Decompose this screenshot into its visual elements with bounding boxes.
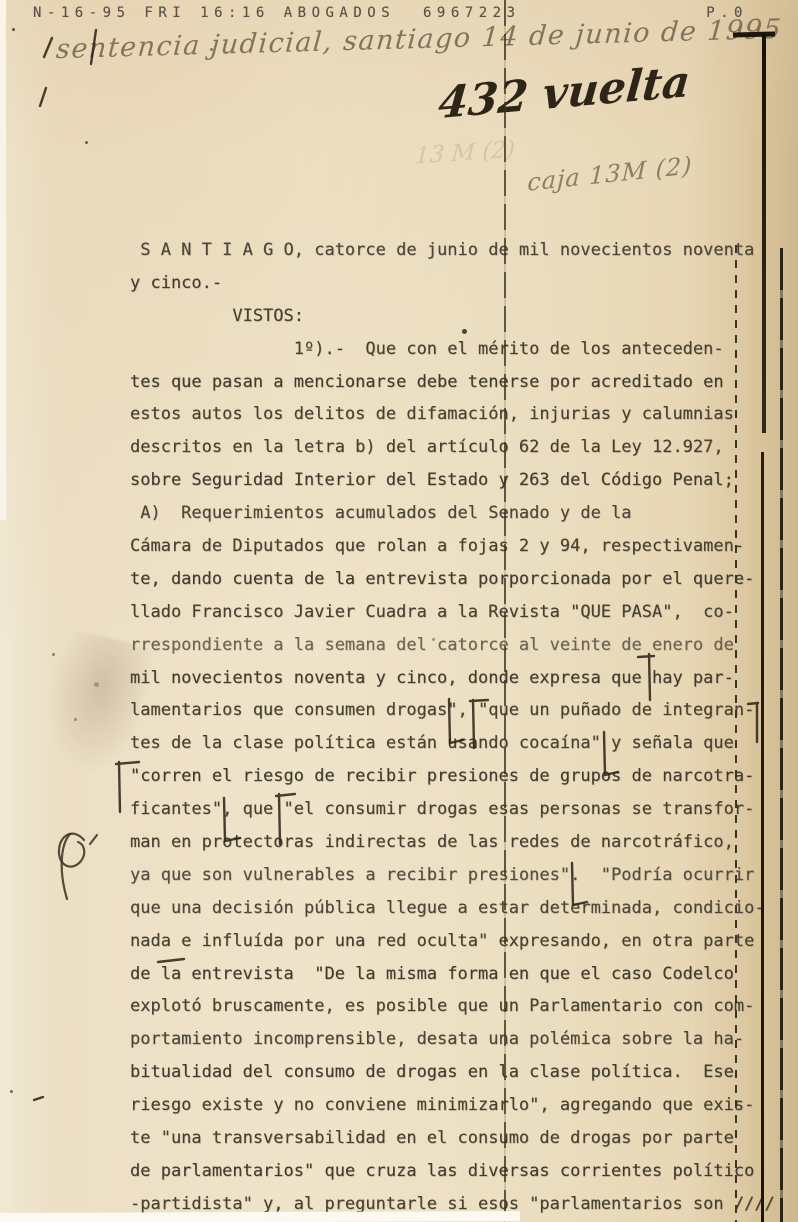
- typed-line: mil novecientos noventa y cinco, donde e…: [130, 662, 790, 695]
- rubric-stroke: [59, 834, 84, 867]
- fax-header-left: N-16-95 FRI 16:16 ABOGADOS 6967223: [33, 5, 521, 21]
- handwritten-page-number-note: 432 vuelta: [436, 57, 692, 130]
- scan-edge-white-strip: [0, 1211, 520, 1222]
- typed-line: estos autos los delitos de difamación, i…: [130, 398, 790, 431]
- typed-line: rrespondiente a la semana del catorce al…: [130, 629, 790, 662]
- typed-line: explotó bruscamente, es posible que un P…: [130, 990, 790, 1023]
- hand-tick-mark: [34, 1097, 43, 1100]
- handwritten-ghost-note: 13 M (2): [414, 136, 516, 169]
- page-edge-dashed-line: [735, 245, 737, 1222]
- typed-line: man en protectoras indirectas de las red…: [130, 826, 790, 859]
- typed-line: y cinco.-: [130, 267, 790, 300]
- typed-line: Cámara de Diputados que rolan a fojas 2 …: [130, 530, 790, 563]
- typed-line: tes que pasan a mencionarse debe tenerse…: [130, 366, 790, 399]
- page-edge-line: [780, 248, 783, 1222]
- typed-line: te "una transversabilidad en el consumo …: [130, 1122, 790, 1155]
- typed-line: bitualidad del consumo de drogas en la c…: [130, 1056, 790, 1089]
- typed-line: ficantes", que "el consumir drogas esas …: [130, 793, 790, 826]
- typed-line: 1º).- Que con el mérito de los anteceden…: [130, 333, 790, 366]
- typed-line: sobre Seguridad Interior del Estado y 26…: [130, 464, 790, 497]
- typed-line: portamiento incomprensible, desata una p…: [130, 1023, 790, 1056]
- fold-crease-line: [504, 0, 506, 1222]
- rubric-stroke: [90, 835, 97, 844]
- typed-line: descritos en la letra b) del artículo 62…: [130, 431, 790, 464]
- typed-line: llado Francisco Javier Cuadra a la Revis…: [130, 596, 790, 629]
- typed-line: nada e influída por una red oculta" expr…: [130, 925, 790, 958]
- typed-line: A) Requerimientos acumulados del Senado …: [130, 497, 790, 530]
- typed-line: lamentarios que consumen drogas", "que u…: [130, 694, 790, 727]
- typed-line: VISTOS:: [130, 300, 790, 333]
- typed-line: de la entrevista "De la misma forma en q…: [130, 958, 790, 991]
- typed-line: ya que son vulnerables a recibir presion…: [130, 859, 790, 892]
- typed-line: de parlamentarios" que cruza las diversa…: [130, 1155, 790, 1188]
- rubric-stroke: [62, 834, 70, 899]
- typed-line: te, dando cuenta de la entrevista porpor…: [130, 563, 790, 596]
- document-page: N-16-95 FRI 16:16 ABOGADOS 6967223 P.0 s…: [0, 0, 798, 1222]
- typed-line: tes de la clase política están usando co…: [130, 727, 790, 760]
- page-edge-line: [762, 34, 766, 433]
- typed-line: S A N T I A G O, catorce de junio de mil…: [130, 234, 790, 267]
- typed-line: "corren el riesgo de recibir presiones d…: [130, 760, 790, 793]
- page-edge-line: [761, 452, 764, 1222]
- hand-tick-mark: [40, 88, 46, 106]
- typed-line: que una decisión pública llegue a estar …: [130, 892, 790, 925]
- typed-line: riesgo existe y no conviene minimizarlo"…: [130, 1089, 790, 1122]
- paper-specks: [12, 28, 15, 31]
- scan-edge-white-strip: [0, 0, 6, 520]
- hand-tick-mark: [44, 38, 52, 57]
- handwritten-box-note: caja 13M (2): [527, 151, 693, 197]
- typed-body: S A N T I A G O, catorce de junio de mil…: [130, 234, 790, 1221]
